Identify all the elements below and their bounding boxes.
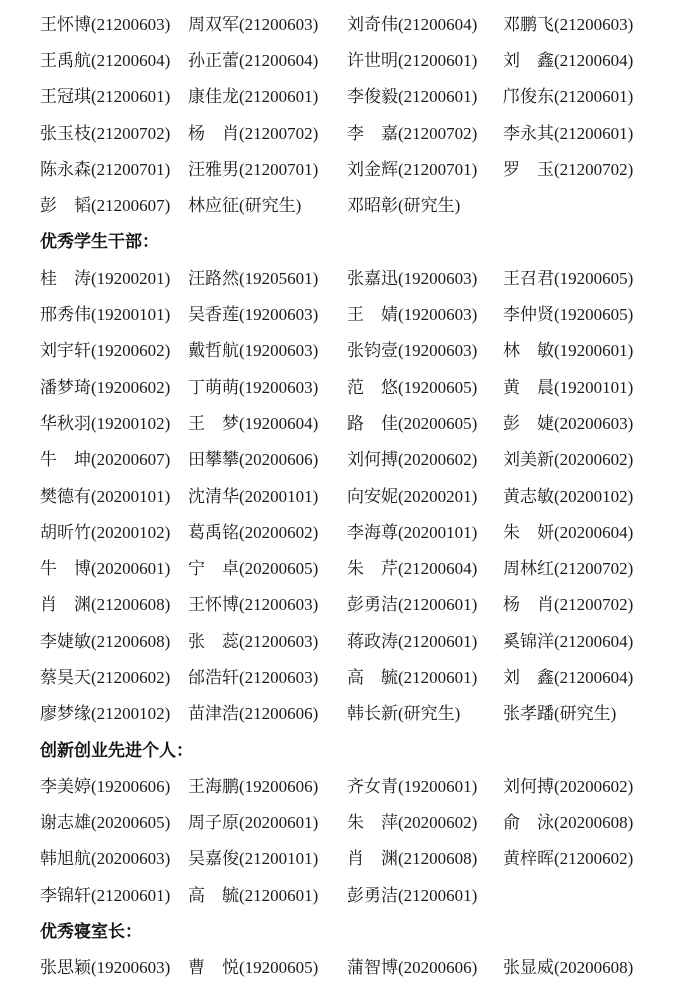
student-entry: 汪雅男(21200701) bbox=[188, 161, 347, 178]
student-entry: 王怀博(21200603) bbox=[188, 596, 347, 613]
student-entry: 范 悠(19200605) bbox=[347, 379, 503, 396]
student-entry: 刘何搏(20200602) bbox=[503, 778, 633, 795]
student-entry: 张孝蹯(研究生) bbox=[503, 705, 616, 722]
student-entry: 葛禹铭(20200602) bbox=[188, 524, 347, 541]
student-entry: 潘梦琦(19200602) bbox=[40, 379, 188, 396]
student-entry: 周子原(20200601) bbox=[188, 814, 347, 831]
student-entry: 桂 涛(19200201) bbox=[40, 270, 188, 287]
student-entry: 张玉枝(21200702) bbox=[40, 125, 188, 142]
student-entry: 蒋政涛(21200601) bbox=[347, 633, 503, 650]
student-entry: 邰浩轩(21200603) bbox=[188, 669, 347, 686]
table-row: 王怀博(21200603)周双军(21200603)刘奇伟(21200604)邓… bbox=[40, 6, 700, 42]
student-entry: 戴哲航(19200603) bbox=[188, 342, 347, 359]
student-entry: 杨 肖(21200702) bbox=[503, 596, 633, 613]
student-entry: 彭 婕(20200603) bbox=[503, 415, 633, 432]
student-entry: 高 毓(21200601) bbox=[188, 887, 347, 904]
student-entry: 杨 肖(21200702) bbox=[188, 125, 347, 142]
student-entry: 李美婷(19200606) bbox=[40, 778, 188, 795]
student-entry: 李仲贤(19200605) bbox=[503, 306, 633, 323]
student-entry: 蒲智博(20200606) bbox=[347, 959, 503, 976]
student-entry: 张 蕊(21200603) bbox=[188, 633, 347, 650]
student-entry: 孙正蕾(21200604) bbox=[188, 52, 347, 69]
table-row: 华秋羽(19200102)王 梦(19200604)路 佳(20200605)彭… bbox=[40, 405, 700, 441]
section-title: 优秀学生干部： bbox=[40, 233, 159, 250]
student-entry: 周双军(21200603) bbox=[188, 16, 347, 33]
student-entry: 邢秀伟(19200101) bbox=[40, 306, 188, 323]
student-entry: 李永其(21200601) bbox=[503, 125, 633, 142]
student-entry: 王 梦(19200604) bbox=[188, 415, 347, 432]
student-entry: 张思颖(19200603) bbox=[40, 959, 188, 976]
student-entry: 邓昭彰(研究生) bbox=[347, 197, 503, 214]
student-entry: 苗津浩(21200606) bbox=[188, 705, 347, 722]
student-entry: 李俊毅(21200601) bbox=[347, 88, 503, 105]
student-entry: 沈清华(20200101) bbox=[188, 488, 347, 505]
table-row: 牛 坤(20200607)田攀攀(20200606)刘何搏(20200602)刘… bbox=[40, 442, 700, 478]
section-title: 优秀寝室长： bbox=[40, 923, 142, 940]
student-entry: 李 嘉(21200702) bbox=[347, 125, 503, 142]
table-row: 肖 渊(21200608)王怀博(21200603)彭勇洁(21200601)杨… bbox=[40, 587, 700, 623]
student-entry: 吴嘉俊(21200101) bbox=[188, 850, 347, 867]
student-entry: 奚锦洋(21200604) bbox=[503, 633, 633, 650]
section-header-row: 优秀寝室长： bbox=[40, 913, 700, 949]
student-entry: 谢志雄(20200605) bbox=[40, 814, 188, 831]
student-entry: 黄志敏(20200102) bbox=[503, 488, 633, 505]
student-entry: 吴香莲(19200603) bbox=[188, 306, 347, 323]
student-entry: 李婕敏(21200608) bbox=[40, 633, 188, 650]
table-row: 胡昕竹(20200102)葛禹铭(20200602)李海尊(20200101)朱… bbox=[40, 514, 700, 550]
student-entry: 陈永森(21200701) bbox=[40, 161, 188, 178]
student-entry: 邓鹏飞(21200603) bbox=[503, 16, 633, 33]
table-row: 李婕敏(21200608)张 蕊(21200603)蒋政涛(21200601)奚… bbox=[40, 623, 700, 659]
student-entry: 刘美新(20200602) bbox=[503, 451, 633, 468]
table-row: 李美婷(19200606)王海鹏(19200606)齐女青(19200601)刘… bbox=[40, 768, 700, 804]
student-entry: 朱 萍(20200602) bbox=[347, 814, 503, 831]
student-entry: 林 敏(19200601) bbox=[503, 342, 633, 359]
student-entry: 朱 芹(21200604) bbox=[347, 560, 503, 577]
student-entry: 刘 鑫(21200604) bbox=[503, 669, 633, 686]
student-entry: 蔡昊天(21200602) bbox=[40, 669, 188, 686]
student-entry: 刘何搏(20200602) bbox=[347, 451, 503, 468]
student-entry: 许世明(21200601) bbox=[347, 52, 503, 69]
student-entry: 朱 妍(20200604) bbox=[503, 524, 633, 541]
student-entry: 廖梦缘(21200102) bbox=[40, 705, 188, 722]
student-entry: 王冠琪(21200601) bbox=[40, 88, 188, 105]
table-row: 谢志雄(20200605)周子原(20200601)朱 萍(20200602)俞… bbox=[40, 805, 700, 841]
student-entry: 田攀攀(20200606) bbox=[188, 451, 347, 468]
table-row: 刘宇轩(19200602)戴哲航(19200603)张钧壹(19200603)林… bbox=[40, 333, 700, 369]
student-entry: 刘宇轩(19200602) bbox=[40, 342, 188, 359]
student-entry: 宁 卓(20200605) bbox=[188, 560, 347, 577]
document-page: 王怀博(21200603)周双军(21200603)刘奇伟(21200604)邓… bbox=[0, 0, 700, 990]
table-row: 彭 韬(21200607)林应征(研究生)邓昭彰(研究生) bbox=[40, 187, 700, 223]
student-entry: 黄 晨(19200101) bbox=[503, 379, 633, 396]
student-entry: 肖 渊(21200608) bbox=[347, 850, 503, 867]
table-row: 张思颖(19200603)曹 悦(19200605)蒲智博(20200606)张… bbox=[40, 950, 700, 986]
student-entry: 彭勇洁(21200601) bbox=[347, 596, 503, 613]
student-entry: 王海鹏(19200606) bbox=[188, 778, 347, 795]
student-entry: 刘金辉(21200701) bbox=[347, 161, 503, 178]
student-entry: 李锦轩(21200601) bbox=[40, 887, 188, 904]
student-entry: 胡昕竹(20200102) bbox=[40, 524, 188, 541]
section-header-row: 创新创业先进个人： bbox=[40, 732, 700, 768]
table-row: 王冠琪(21200601)康佳龙(21200601)李俊毅(21200601)邝… bbox=[40, 79, 700, 115]
table-row: 樊德有(20200101)沈清华(20200101)向安妮(20200201)黄… bbox=[40, 478, 700, 514]
table-row: 王禹航(21200604)孙正蕾(21200604)许世明(21200601)刘… bbox=[40, 42, 700, 78]
table-row: 蔡昊天(21200602)邰浩轩(21200603)高 毓(21200601)刘… bbox=[40, 659, 700, 695]
student-entry: 齐女青(19200601) bbox=[347, 778, 503, 795]
student-entry: 肖 渊(21200608) bbox=[40, 596, 188, 613]
student-entry: 高 毓(21200601) bbox=[347, 669, 503, 686]
student-entry: 韩长新(研究生) bbox=[347, 705, 503, 722]
student-entry: 罗 玉(21200702) bbox=[503, 161, 633, 178]
student-entry: 彭 韬(21200607) bbox=[40, 197, 188, 214]
table-row: 桂 涛(19200201)汪路然(19205601)张嘉迅(19200603)王… bbox=[40, 260, 700, 296]
student-entry: 李海尊(20200101) bbox=[347, 524, 503, 541]
student-entry: 邝俊东(21200601) bbox=[503, 88, 633, 105]
student-entry: 张显威(20200608) bbox=[503, 959, 633, 976]
student-entry: 曹 悦(19200605) bbox=[188, 959, 347, 976]
student-entry: 王 婧(19200603) bbox=[347, 306, 503, 323]
student-entry: 彭勇洁(21200601) bbox=[347, 887, 503, 904]
student-entry: 牛 坤(20200607) bbox=[40, 451, 188, 468]
table-row: 邢秀伟(19200101)吴香莲(19200603)王 婧(19200603)李… bbox=[40, 296, 700, 332]
student-entry: 汪路然(19205601) bbox=[188, 270, 347, 287]
student-entry: 张嘉迅(19200603) bbox=[347, 270, 503, 287]
student-entry: 俞 泳(20200608) bbox=[503, 814, 633, 831]
student-entry: 刘 鑫(21200604) bbox=[503, 52, 633, 69]
student-entry: 黄梓晖(21200602) bbox=[503, 850, 633, 867]
table-row: 韩旭航(20200603)吴嘉俊(21200101)肖 渊(21200608)黄… bbox=[40, 841, 700, 877]
student-entry: 王禹航(21200604) bbox=[40, 52, 188, 69]
table-row: 廖梦缘(21200102)苗津浩(21200606)韩长新(研究生)张孝蹯(研究… bbox=[40, 696, 700, 732]
student-entry: 林应征(研究生) bbox=[188, 197, 347, 214]
student-entry: 刘奇伟(21200604) bbox=[347, 16, 503, 33]
student-entry: 康佳龙(21200601) bbox=[188, 88, 347, 105]
table-row: 陈永森(21200701)汪雅男(21200701)刘金辉(21200701)罗… bbox=[40, 151, 700, 187]
student-entry: 向安妮(20200201) bbox=[347, 488, 503, 505]
table-row: 李锦轩(21200601)高 毓(21200601)彭勇洁(21200601) bbox=[40, 877, 700, 913]
student-entry: 华秋羽(19200102) bbox=[40, 415, 188, 432]
table-row: 潘梦琦(19200602)丁萌萌(19200603)范 悠(19200605)黄… bbox=[40, 369, 700, 405]
section-title: 创新创业先进个人： bbox=[40, 742, 193, 759]
section-header-row: 优秀学生干部： bbox=[40, 224, 700, 260]
student-entry: 王召君(19200605) bbox=[503, 270, 633, 287]
student-entry: 韩旭航(20200603) bbox=[40, 850, 188, 867]
student-entry: 牛 博(20200601) bbox=[40, 560, 188, 577]
table-row: 牛 博(20200601)宁 卓(20200605)朱 芹(21200604)周… bbox=[40, 550, 700, 586]
student-entry: 路 佳(20200605) bbox=[347, 415, 503, 432]
table-row: 张玉枝(21200702)杨 肖(21200702)李 嘉(21200702)李… bbox=[40, 115, 700, 151]
student-entry: 樊德有(20200101) bbox=[40, 488, 188, 505]
student-entry: 王怀博(21200603) bbox=[40, 16, 188, 33]
student-entry: 丁萌萌(19200603) bbox=[188, 379, 347, 396]
student-entry: 张钧壹(19200603) bbox=[347, 342, 503, 359]
student-entry: 周林红(21200702) bbox=[503, 560, 633, 577]
